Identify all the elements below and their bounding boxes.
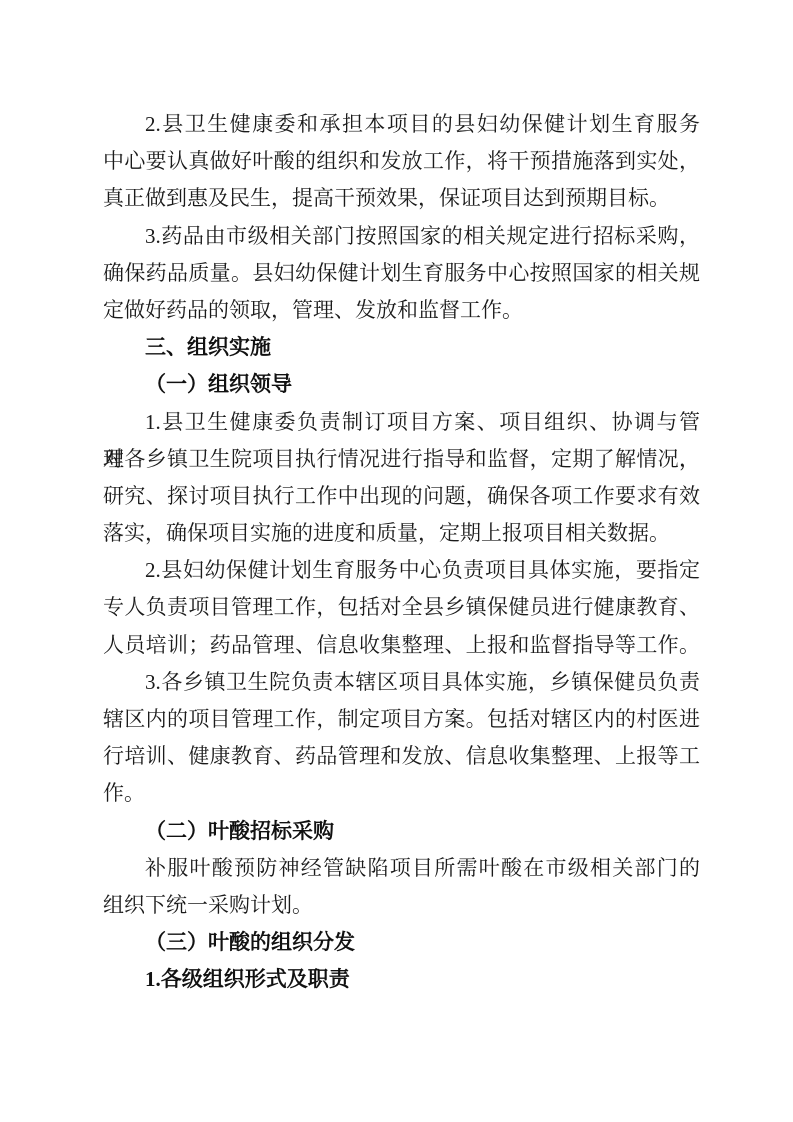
heading-line-subsection-2: （二）叶酸招标采购: [103, 813, 700, 850]
paragraph-line: 真正做到惠及民生，提高干预效果，保证项目达到预期目标。: [103, 180, 700, 217]
paragraph-line: 补服叶酸预防神经管缺陷项目所需叶酸在市级相关部门的: [103, 850, 700, 887]
paragraph-line: 3.药品由市级相关部门按照国家的相关规定进行招标采购，: [103, 218, 700, 255]
document-text-block: 2.县卫生健康委和承担本项目的县妇幼保健计划生育服务 中心要认真做好叶酸的组织和…: [103, 106, 700, 999]
paragraph-line: 组织下统一采购计划。: [103, 887, 700, 924]
paragraph-line: 确保药品质量。县妇幼保健计划生育服务中心按照国家的相关规: [103, 255, 700, 292]
paragraph-line: 作。: [103, 775, 700, 812]
paragraph-line: 1.县卫生健康委负责制订项目方案、项目组织、协调与管理，: [103, 404, 700, 441]
paragraph-line: 专人负责项目管理工作，包括对全县乡镇保健员进行健康教育、: [103, 589, 700, 626]
paragraph-line: 3.各乡镇卫生院负责本辖区项目具体实施，乡镇保健员负责: [103, 664, 700, 701]
paragraph-line: 行培训、健康教育、药品管理和发放、信息收集整理、上报等工: [103, 738, 700, 775]
document-page: 2.县卫生健康委和承担本项目的县妇幼保健计划生育服务 中心要认真做好叶酸的组织和…: [0, 0, 793, 1122]
heading-line-section-3: 三、组织实施: [103, 329, 700, 366]
paragraph-line: 对各乡镇卫生院项目执行情况进行指导和监督，定期了解情况，: [103, 441, 700, 478]
paragraph-line: 中心要认真做好叶酸的组织和发放工作，将干预措施落到实处，: [103, 143, 700, 180]
paragraph-line: 2.县妇幼保健计划生育服务中心负责项目具体实施，要指定: [103, 552, 700, 589]
paragraph-line: 2.县卫生健康委和承担本项目的县妇幼保健计划生育服务: [103, 106, 700, 143]
paragraph-line: 定做好药品的领取，管理、发放和监督工作。: [103, 292, 700, 329]
heading-line-subsection-1: （一）组织领导: [103, 366, 700, 403]
heading-line-item-1: 1.各级组织形式及职责: [103, 961, 700, 998]
paragraph-line: 研究、探讨项目执行工作中出现的问题，确保各项工作要求有效: [103, 478, 700, 515]
paragraph-line: 落实，确保项目实施的进度和质量，定期上报项目相关数据。: [103, 515, 700, 552]
paragraph-line: 辖区内的项目管理工作，制定项目方案。包括对辖区内的村医进: [103, 701, 700, 738]
heading-line-subsection-3: （三）叶酸的组织分发: [103, 924, 700, 961]
paragraph-line: 人员培训；药品管理、信息收集整理、上报和监督指导等工作。: [103, 627, 700, 664]
